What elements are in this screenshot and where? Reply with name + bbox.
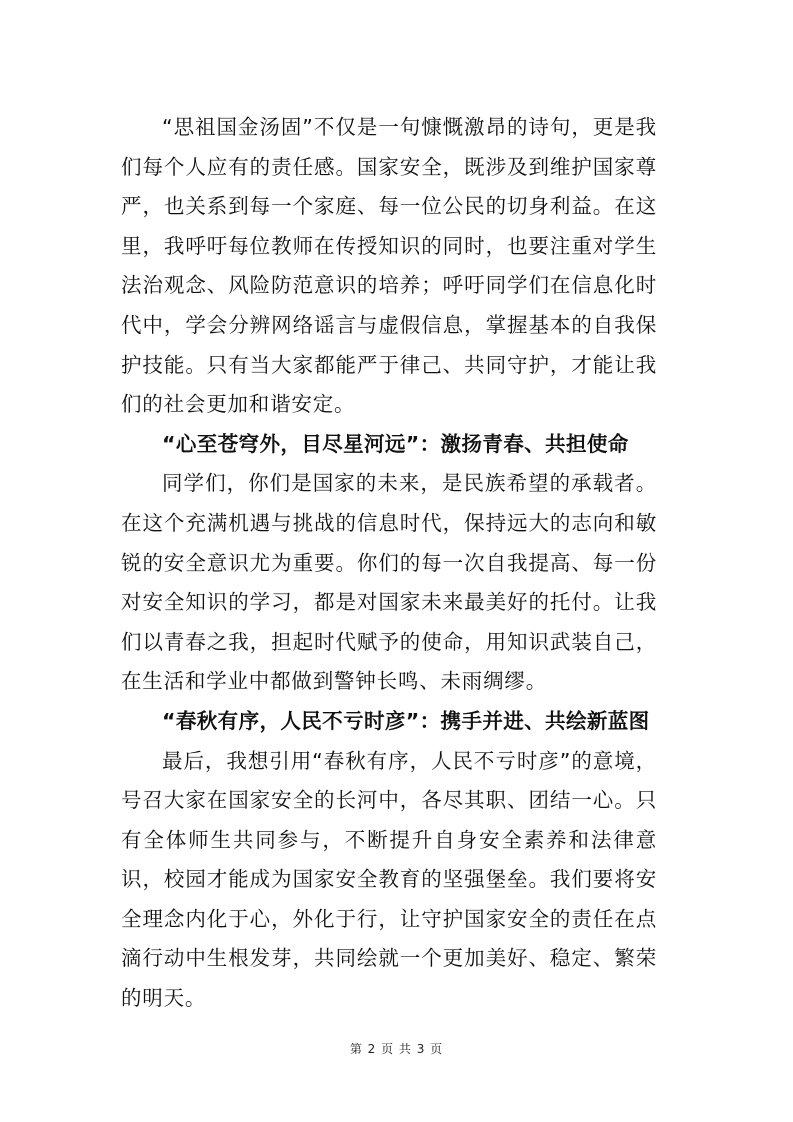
page-number-footer: 第 2 页 共 3 页 [0,1040,793,1057]
document-body: “思祖国金汤固”不仅是一句慷慨激昂的诗句，更是我们每个人应有的责任感。国家安全，… [121,108,657,1019]
section-heading-youth-mission: “心至苍穹外，目尽星河远”：激扬青春、共担使命 [121,425,657,465]
paragraph-students-future: 同学们，你们是国家的未来，是民族希望的承载者。在这个充满机遇与挑战的信息时代，保… [121,464,657,702]
section-heading-new-blueprint: “春秋有序，人民不亏时彦”：携手并进、共绘新蓝图 [121,702,657,742]
paragraph-responsibility: “思祖国金汤固”不仅是一句慷慨激昂的诗句，更是我们每个人应有的责任感。国家安全，… [121,108,657,425]
paragraph-conclusion: 最后，我想引用“春秋有序，人民不亏时彦”的意境，号召大家在国家安全的长河中，各尽… [121,742,657,1019]
